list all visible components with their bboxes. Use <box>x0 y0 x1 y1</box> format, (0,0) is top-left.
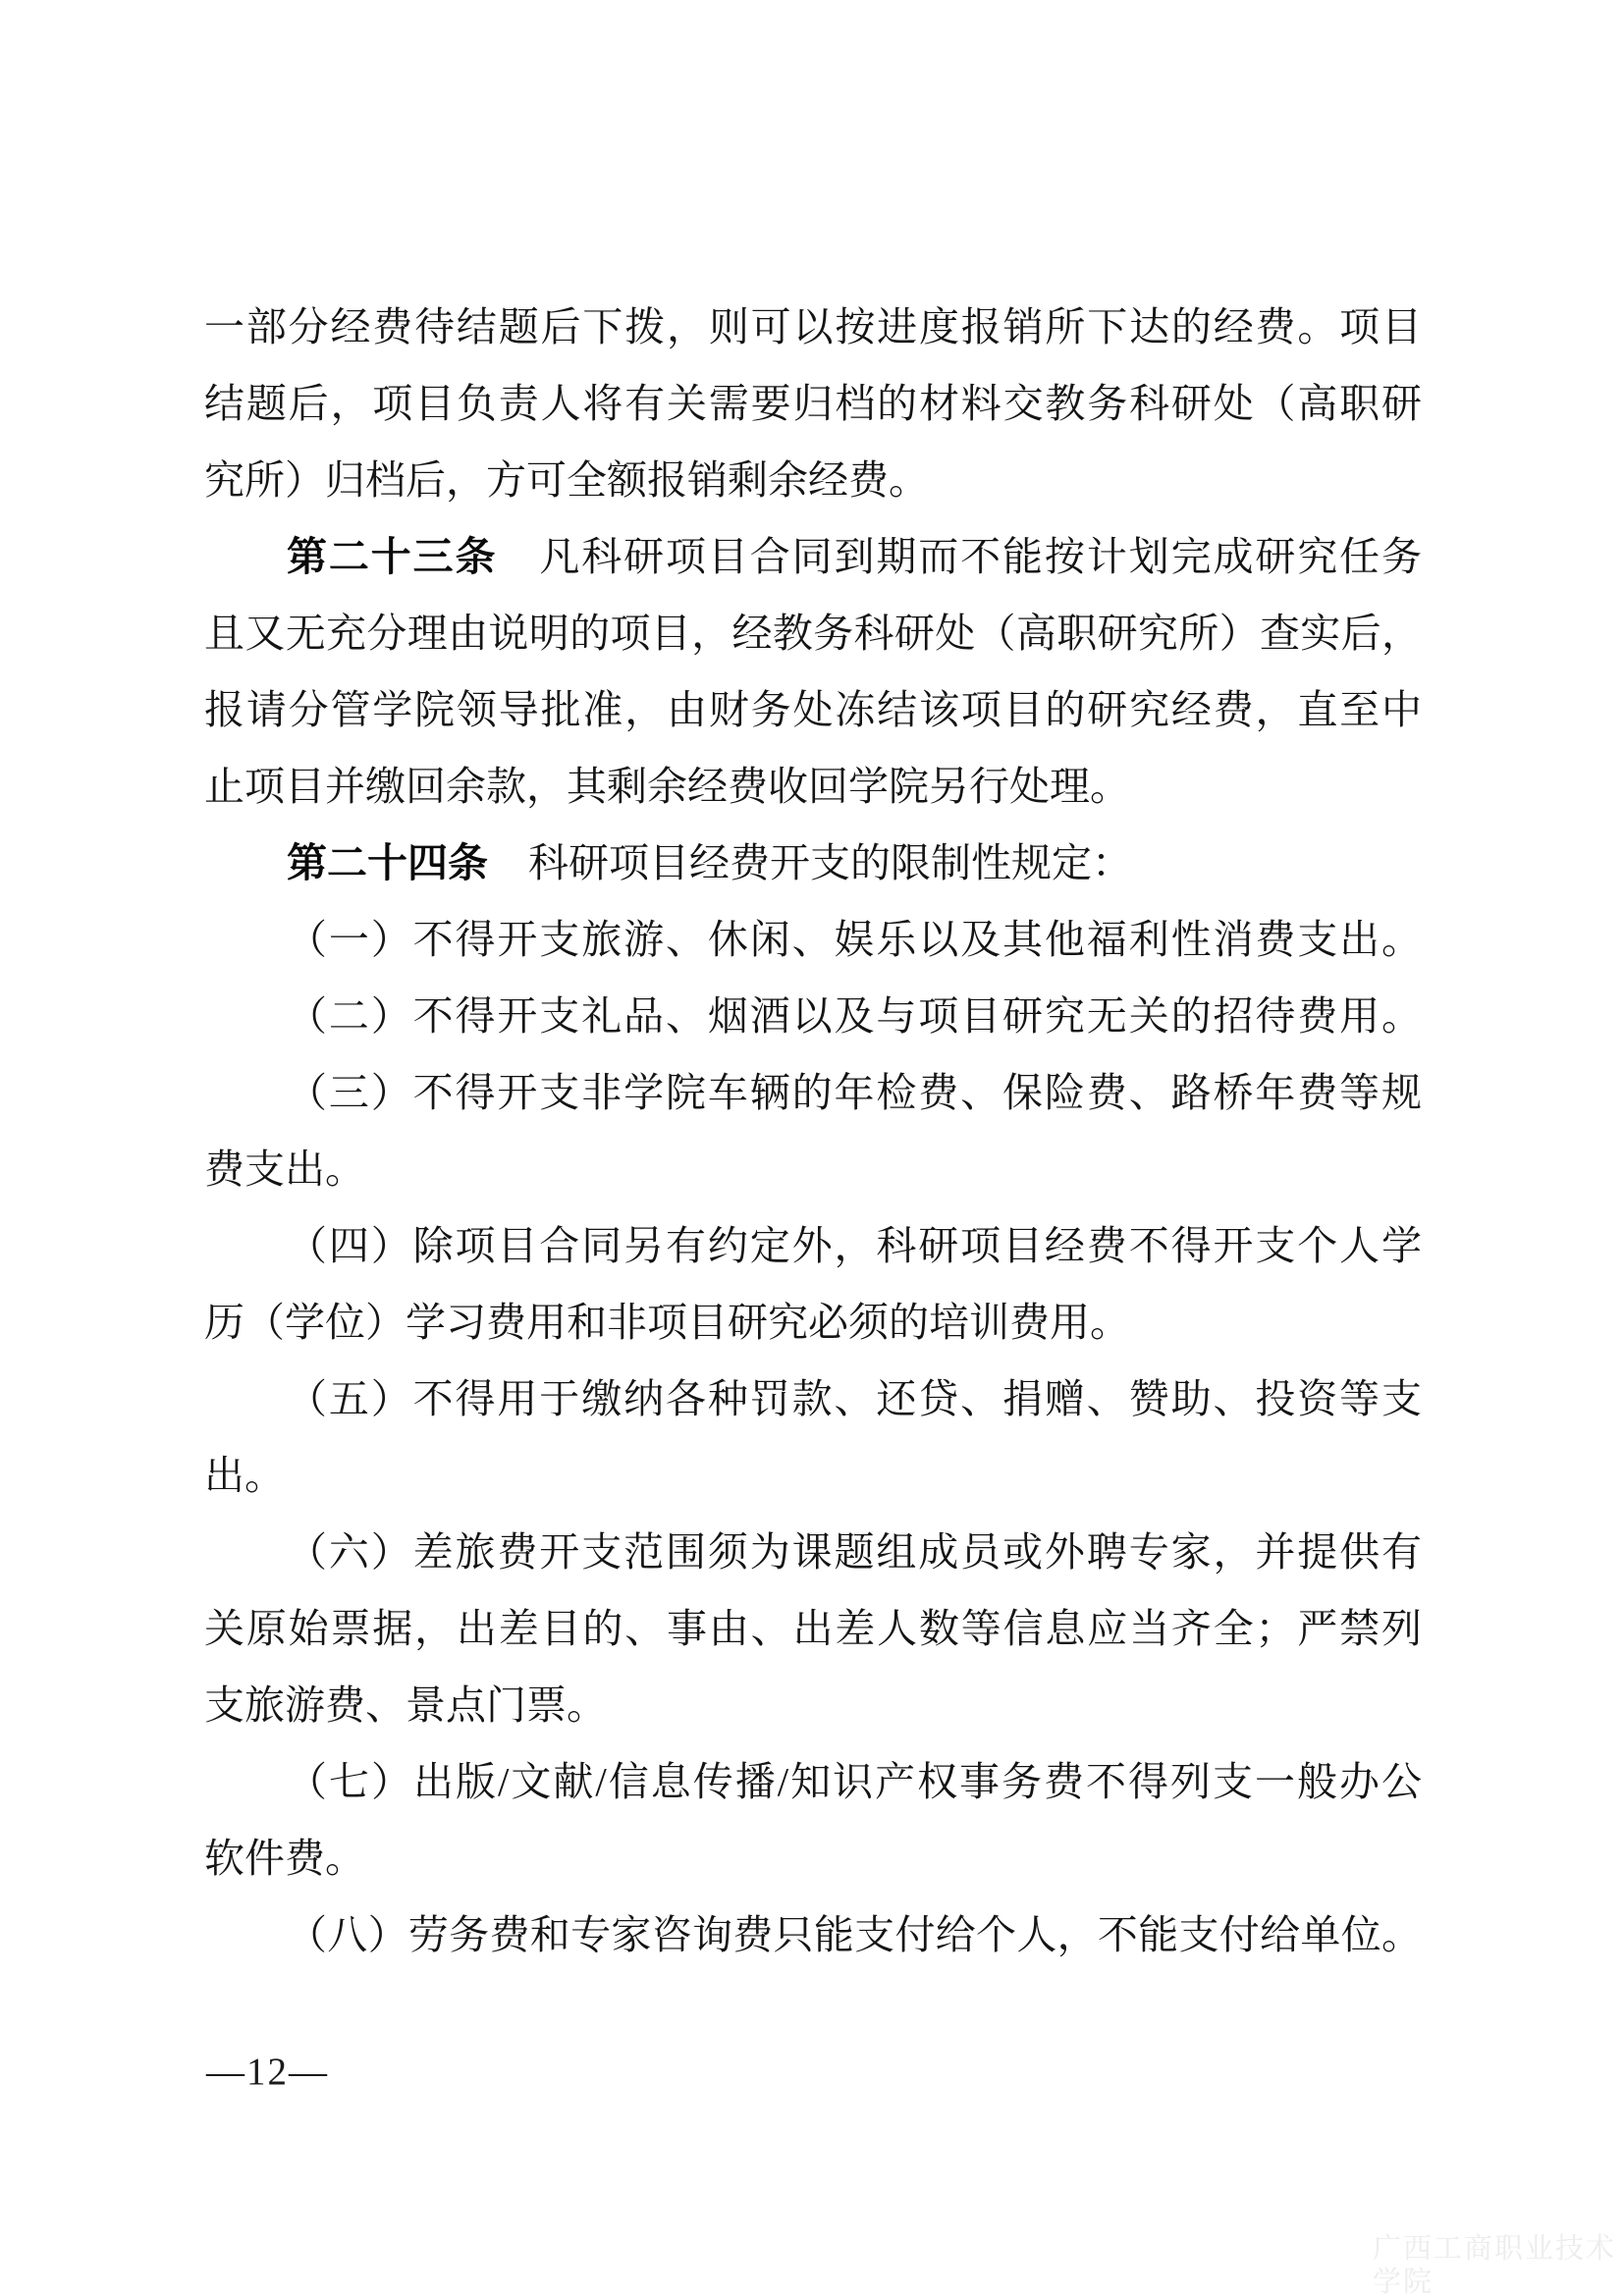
list-item-line: （一）不得开支旅游、休闲、娱乐以及其他福利性消费支出。 <box>204 901 1422 978</box>
body-line: 究所）归档后，方可全额报销剩余经费。 <box>204 442 1422 518</box>
watermark: 广西工商职业技术学院 <box>1373 2232 1624 2296</box>
list-item-line: （六）差旅费开支范围须为课题组成员或外聘专家，并提供有 <box>204 1514 1422 1590</box>
body-line: 止项目并缴回余款，其剩余经费收回学院另行处理。 <box>204 748 1422 825</box>
article-text: 科研项目经费开支的限制性规定： <box>488 840 1132 885</box>
list-item-line: （二）不得开支礼品、烟酒以及与项目研究无关的招待费用。 <box>204 978 1422 1054</box>
list-item-line: （四）除项目合同另有约定外，科研项目经费不得开支个人学 <box>204 1207 1422 1284</box>
list-item-line: （八）劳务费和专家咨询费只能支付给个人，不能支付给单位。 <box>204 1896 1422 1973</box>
list-item-line: （三）不得开支非学院车辆的年检费、保险费、路桥年费等规 <box>204 1054 1422 1131</box>
page-number: —12— <box>206 2034 329 2110</box>
body-line: 且又无充分理由说明的项目，经教务科研处（高职研究所）查实后， <box>204 595 1422 671</box>
document-body: 一部分经费待结题后下拨，则可以按进度报销所下达的经费。项目 结题后，项目负责人将… <box>204 289 1422 1973</box>
article-text: 凡科研项目合同到期而不能按计划完成研究任务 <box>497 534 1422 579</box>
article-number: 第二十三条 <box>287 534 497 579</box>
list-item-line: （五）不得用于缴纳各种罚款、还贷、捐赠、赞助、投资等支 <box>204 1361 1422 1437</box>
article-heading-line: 第二十四条 科研项目经费开支的限制性规定： <box>204 825 1422 901</box>
article-number: 第二十四条 <box>287 840 488 885</box>
body-line: 支旅游费、景点门票。 <box>204 1667 1422 1743</box>
body-line: 结题后，项目负责人将有关需要归档的材料交教务科研处（高职研 <box>204 365 1422 442</box>
body-line: 历（学位）学习费用和非项目研究必须的培训费用。 <box>204 1284 1422 1361</box>
body-line: 出。 <box>204 1437 1422 1514</box>
body-line: 报请分管学院领导批准，由财务处冻结该项目的研究经费，直至中 <box>204 671 1422 748</box>
body-line: 一部分经费待结题后下拨，则可以按进度报销所下达的经费。项目 <box>204 289 1422 365</box>
article-heading-line: 第二十三条 凡科研项目合同到期而不能按计划完成研究任务 <box>204 518 1422 595</box>
body-line: 费支出。 <box>204 1131 1422 1207</box>
document-page: 一部分经费待结题后下拨，则可以按进度报销所下达的经费。项目 结题后，项目负责人将… <box>0 0 1624 2296</box>
body-line: 关原始票据，出差目的、事由、出差人数等信息应当齐全；严禁列 <box>204 1590 1422 1667</box>
list-item-line: （七）出版/文献/信息传播/知识产权事务费不得列支一般办公 <box>204 1743 1422 1820</box>
body-line: 软件费。 <box>204 1820 1422 1896</box>
